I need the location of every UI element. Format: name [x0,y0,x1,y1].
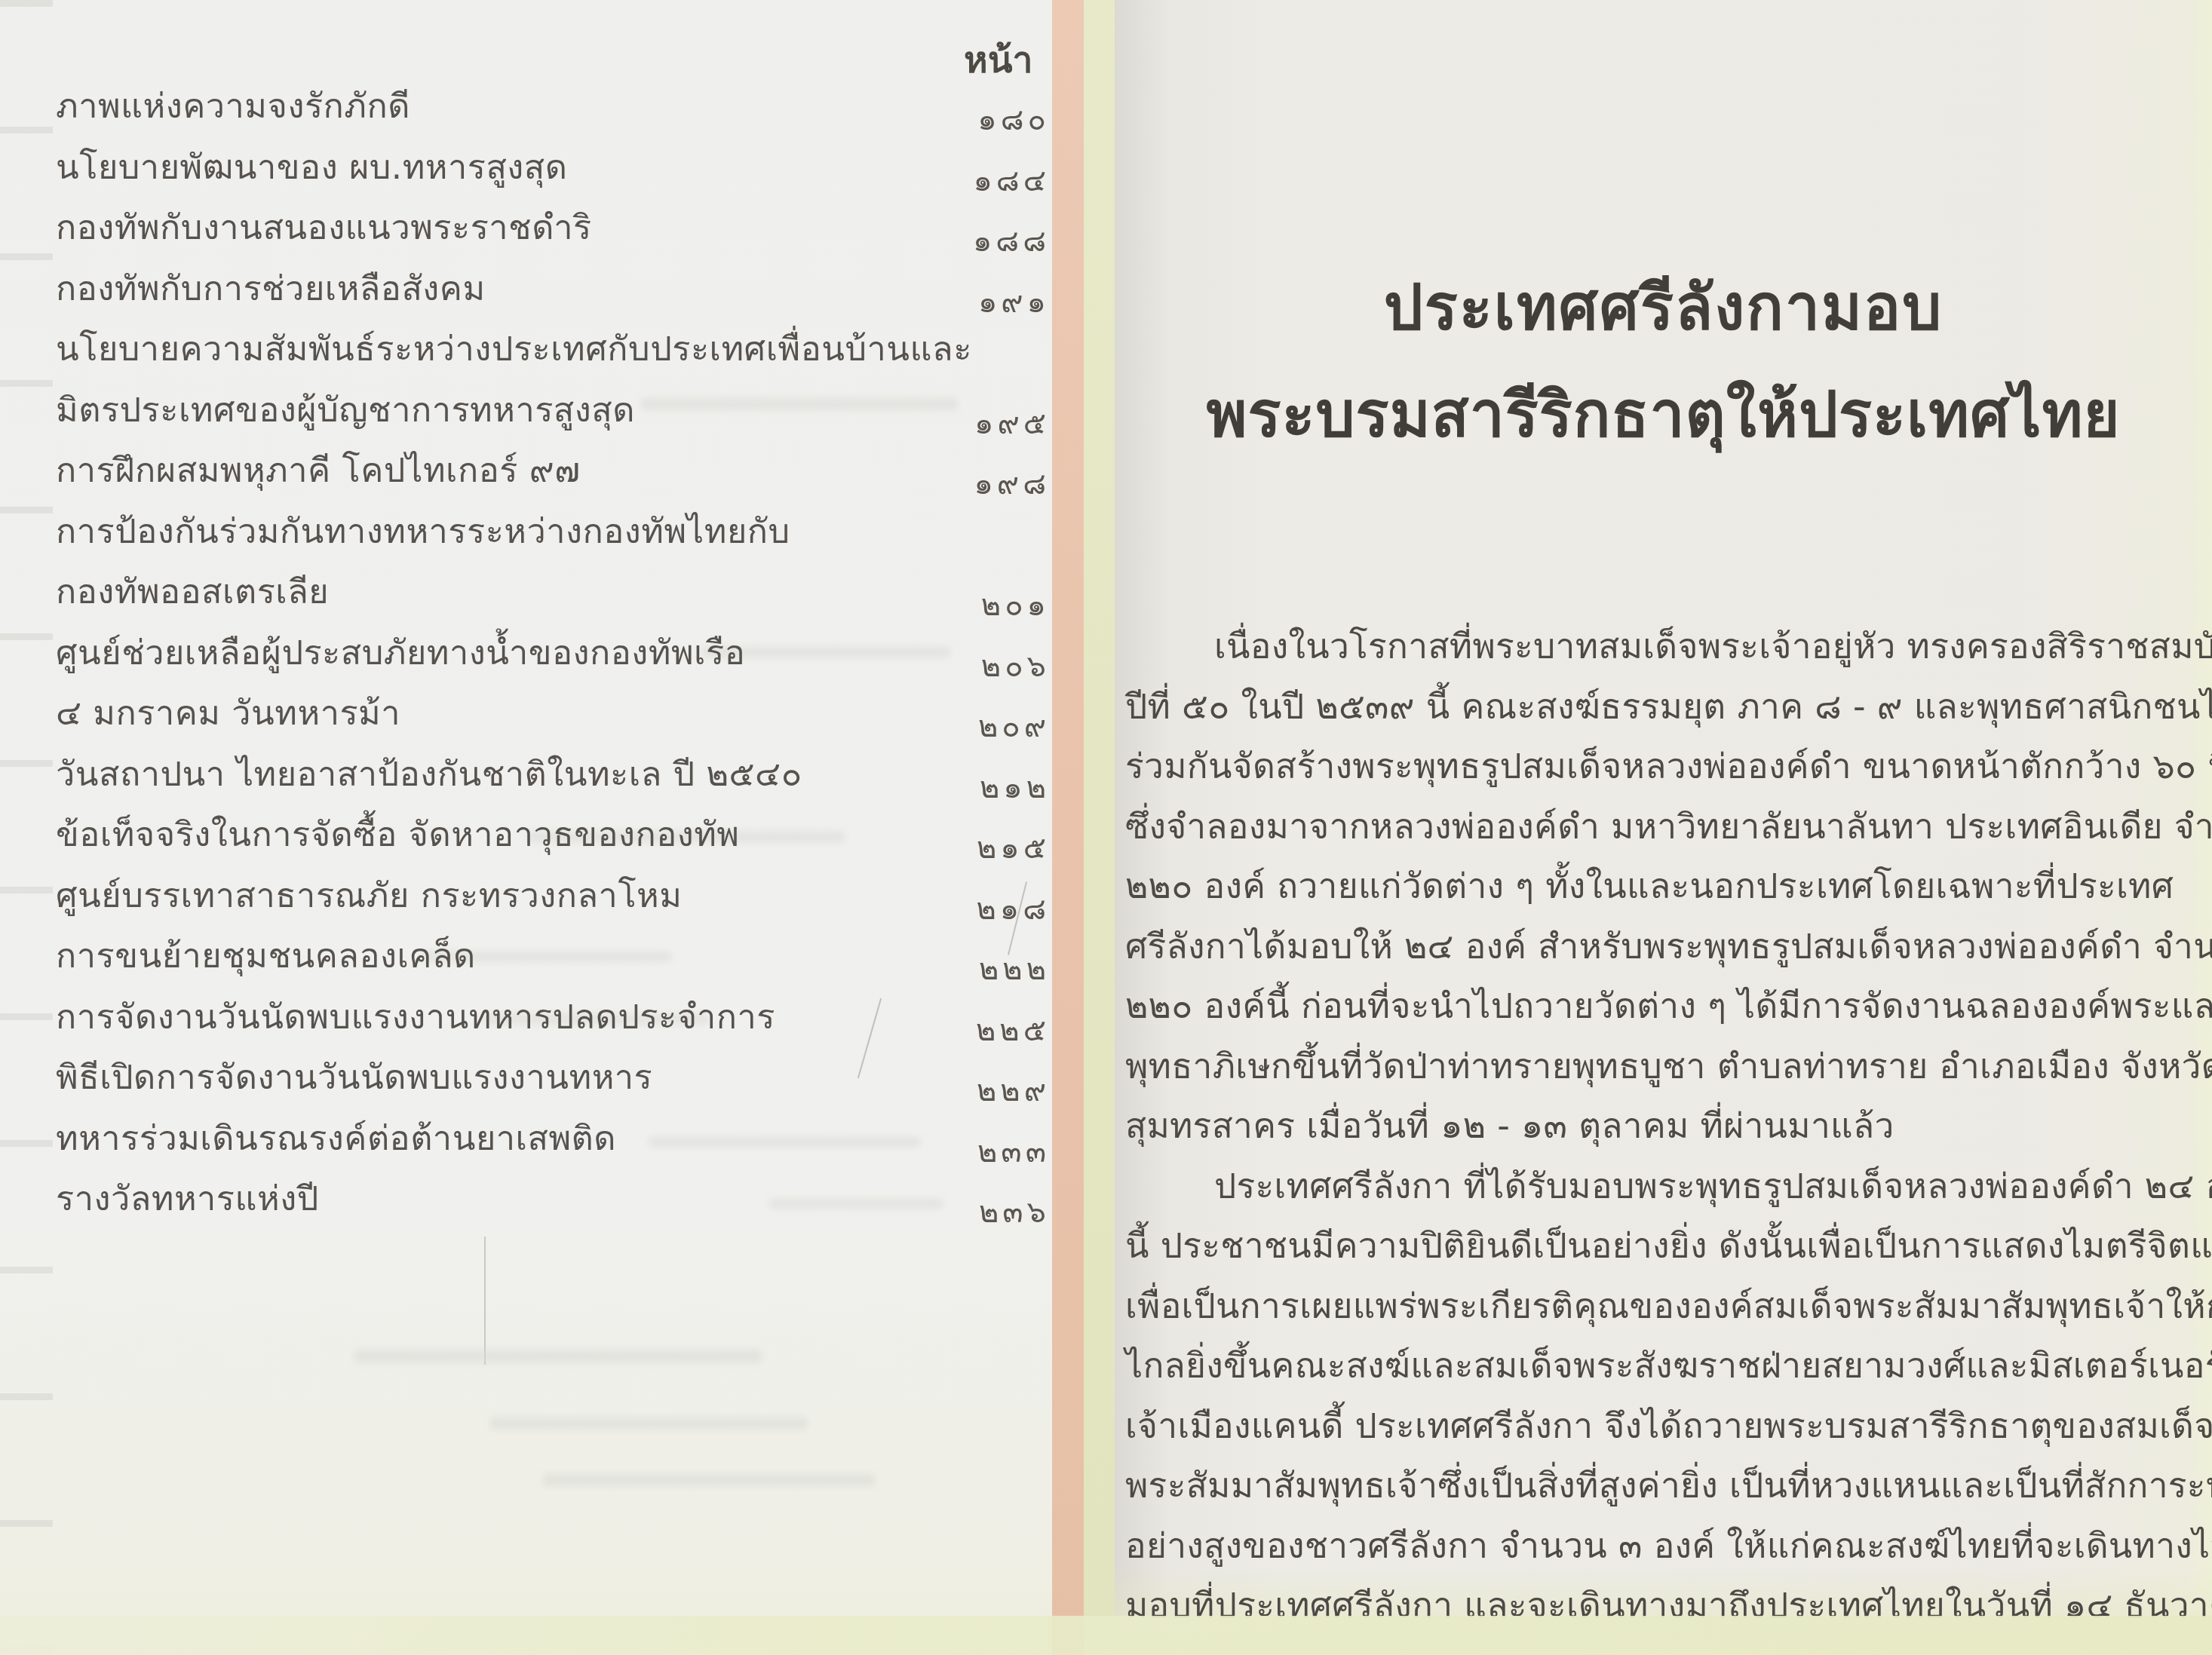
toc-entry-title: ศูนย์บรรเทาสาธารณภัย กระทรวงกลาโหม [56,868,682,922]
toc-row: การจัดงานวันนัดพบแรงงานทหารปลดประจำการ ๒… [56,989,1050,1050]
toc-entry-page: ๒๑๘ [976,884,1050,933]
right-page: ประเทศศรีลังกามอบ พระบรมสารีริกธาตุให้ปร… [1115,0,2212,1655]
toc-entry-page: ๒๑๕ [977,823,1050,872]
body-line: ๒๒๐ องค์นี้ ก่อนที่จะนำไปถวายวัดต่าง ๆ ไ… [1125,976,2202,1037]
toc-entry-title: การฝึกผสมพหุภาคี โคปไทเกอร์ ๙๗ [56,443,581,497]
body-line: ปีที่ ๕๐ ในปี ๒๕๓๙ นี้ คณะสงฆ์ธรรมยุต ภา… [1125,677,2202,737]
toc-entry-page: ๑๘๘ [973,216,1050,265]
toc-entry-title: ข้อเท็จจริงในการจัดซื้อ จัดหาอาวุธของกอง… [56,807,739,861]
toc-row: มิตรประเทศของผู้บัญชาการทหารสูงสุด ๑๙๕ [56,382,1050,443]
toc-row: ทหารร่วมเดินรณรงค์ต่อต้านยาเสพติด ๒๓๓ [56,1111,1050,1172]
toc-row: นโยบายพัฒนาของ ผบ.ทหารสูงสุด ๑๘๔ [56,139,1050,201]
toc-entry-page: ๒๒๙ [977,1066,1050,1114]
toc-entry-title: กองทัพกับการช่วยเหลือสังคม [56,261,486,315]
body-line: สุมทรสาคร เมื่อวันที่ ๑๒ - ๑๓ ตุลาคม ที่… [1125,1096,2202,1157]
body-line: ร่วมกันจัดสร้างพระพุทธรูปสมเด็จหลวงพ่ออง… [1125,737,2202,797]
toc-row: กองทัพกับงานสนองแนวพระราชดำริ ๑๘๘ [56,200,1050,261]
toc-entry-page: ๒๐๖ [981,642,1050,690]
toc-entry-page: ๒๒๕ [976,1006,1050,1054]
page-crease [484,1237,486,1365]
toc-entry-title: นโยบายความสัมพันธ์ระหว่างประเทศกับประเทศ… [56,321,972,375]
body-line: นี้ ประชาชนมีความปิติยินดีเป็นอย่างยิ่ง … [1125,1216,2202,1276]
book-scan: หน้า ภาพแห่งความจงรักภักดี ๑๘๐ นโยบายพัฒ… [0,0,2212,1655]
toc-row: ๔ มกราคม วันทหารม้า ๒๐๙ [56,685,1050,746]
toc-row: การฝึกผสมพหุภาคี โคปไทเกอร์ ๙๗ ๑๙๘ [56,443,1050,504]
toc-entry-title: การจัดงานวันนัดพบแรงงานทหารปลดประจำการ [56,989,775,1044]
chapter-title-line2: พระบรมสารีริกธาตุให้ประเทศไทย [1115,362,2212,469]
toc-entry-title: การขนย้ายชุมชนคลองเคล็ด [56,928,476,982]
toc-entry-page: ๒๒๒ [979,945,1050,993]
toc-entry-title: กองทัพออสเตรเลีย [56,564,329,618]
body-line: พุทธาภิเษกขึ้นที่วัดป่าท่าทรายพุทธบูชา ต… [1125,1037,2202,1097]
left-page: หน้า ภาพแห่งความจงรักภักดี ๑๘๐ นโยบายพัฒ… [0,0,1052,1655]
toc-entry-title: กองทัพกับงานสนองแนวพระราชดำริ [56,200,592,254]
toc-row: รางวัลทหารแห่งปี ๒๓๖ [56,1171,1050,1232]
book-spine-fold [1052,0,1115,1655]
body-line: ๒๒๐ องค์ ถวายแก่วัดต่าง ๆ ทั้งในและนอกปร… [1125,857,2202,917]
toc-entry-title: วันสถาปนา ไทยอาสาป้องกันชาติในทะเล ปี ๒๕… [56,746,802,801]
toc-entry-title: ๔ มกราคม วันทหารม้า [56,685,400,740]
chapter-title: ประเทศศรีลังกามอบ พระบรมสารีริกธาตุให้ปร… [1115,255,2212,469]
toc-entry-page: ๒๓๓ [977,1127,1050,1175]
toc-entry-page: ๒๐๙ [978,702,1050,750]
spine-strip-green [1084,0,1115,1655]
body-line: เนื่องในวโรกาสที่พระบาทสมเด็จพระเจ้าอยู่… [1125,617,2202,677]
toc-entry-title: นโยบายพัฒนาของ ผบ.ทหารสูงสุด [56,139,568,194]
toc-entry-page: ๒๓๖ [979,1188,1050,1236]
body-line: ซึ่งจำลองมาจากหลวงพ่อองค์ดำ มหาวิทยาลัยน… [1125,797,2202,857]
toc-entry-page: ๒๐๑ [981,581,1050,629]
body-line: พระสัมมาสัมพุทธเจ้าซึ่งเป็นสิ่งที่สูงค่า… [1125,1456,2202,1516]
body-line: มอบที่ประเทศศรีลังกา และจะเดินทางมาถึงปร… [1125,1576,2202,1636]
body-line: เพื่อเป็นการเผยแพร่พระเกียรติคุณขององค์ส… [1125,1276,2202,1337]
body-line: ไกลยิ่งขึ้นคณะสงฆ์และสมเด็จพระสังฆราชฝ่า… [1125,1336,2202,1396]
toc-row: การป้องกันร่วมกันทางทหารระหว่างกองทัพไทย… [56,504,1050,565]
toc-row: ศูนย์ช่วยเหลือผู้ประสบภัยทางน้ำของกองทัพ… [56,625,1050,686]
scan-smudge [543,1474,875,1486]
toc-row: วันสถาปนา ไทยอาสาป้องกันชาติในทะเล ปี ๒๕… [56,746,1050,808]
toc-entry-title: มิตรประเทศของผู้บัญชาการทหารสูงสุด [56,382,635,437]
body-line: เจ้าเมืองแคนดี้ ประเทศศรีลังกา จึงได้ถวา… [1125,1396,2202,1457]
scan-smudge [490,1417,807,1430]
body-line: ประเทศศรีลังกา ที่ได้รับมอบพระพุทธรูปสมเ… [1125,1157,2202,1217]
toc-row: ศูนย์บรรเทาสาธารณภัย กระทรวงกลาโหม ๒๑๘ [56,868,1050,929]
toc-entry-page: ๒๑๒ [980,763,1050,811]
toc-row: นโยบายความสัมพันธ์ระหว่างประเทศกับประเทศ… [56,321,1050,382]
toc-row: ข้อเท็จจริงในการจัดซื้อ จัดหาอาวุธของกอง… [56,807,1050,868]
toc-entry-title: ศูนย์ช่วยเหลือผู้ประสบภัยทางน้ำของกองทัพ… [56,625,745,679]
scan-smudge [354,1350,762,1363]
toc-row: กองทัพกับการช่วยเหลือสังคม ๑๙๑ [56,261,1050,322]
toc-entry-page: ๑๙๘ [974,459,1050,507]
toc-entry-title: การป้องกันร่วมกันทางทหารระหว่างกองทัพไทย… [56,504,790,558]
toc-entry-title: ภาพแห่งความจงรักภักดี [56,78,410,133]
toc-row: ภาพแห่งความจงรักภักดี ๑๘๐ [56,78,1050,139]
toc-entry-page: ๑๙๑ [978,277,1050,326]
table-of-contents: ภาพแห่งความจงรักภักดี ๑๘๐ นโยบายพัฒนาของ… [56,78,1050,1232]
spine-strip-pink [1052,0,1084,1655]
toc-row: กองทัพออสเตรเลีย ๒๐๑ [56,564,1050,625]
toc-entry-page: ๑๘๔ [973,156,1050,204]
toc-entry-page: ๑๙๕ [974,399,1050,447]
chapter-body: เนื่องในวโรกาสที่พระบาทสมเด็จพระเจ้าอยู่… [1125,617,2202,1636]
toc-entry-title: พิธีเปิดการจัดงานวันนัดพบแรงงานทหาร [56,1050,652,1104]
toc-row: การขนย้ายชุมชนคลองเคล็ด ๒๒๒ [56,928,1050,989]
toc-row: พิธีเปิดการจัดงานวันนัดพบแรงงานทหาร ๒๒๙ [56,1050,1050,1111]
body-line: อย่างสูงของชาวศรีลังกา จำนวน ๓ องค์ ให้แ… [1125,1516,2202,1577]
toc-entry-title: รางวัลทหารแห่งปี [56,1171,319,1225]
toc-entry-title: ทหารร่วมเดินรณรงค์ต่อต้านยาเสพติด [56,1111,616,1165]
scan-bleedthrough-edge [0,0,53,1655]
chapter-title-line1: ประเทศศรีลังกามอบ [1115,255,2212,362]
body-line: ศรีลังกาได้มอบให้ ๒๔ องค์ สำหรับพระพุทธร… [1125,917,2202,977]
toc-entry-page: ๑๘๐ [977,95,1050,143]
